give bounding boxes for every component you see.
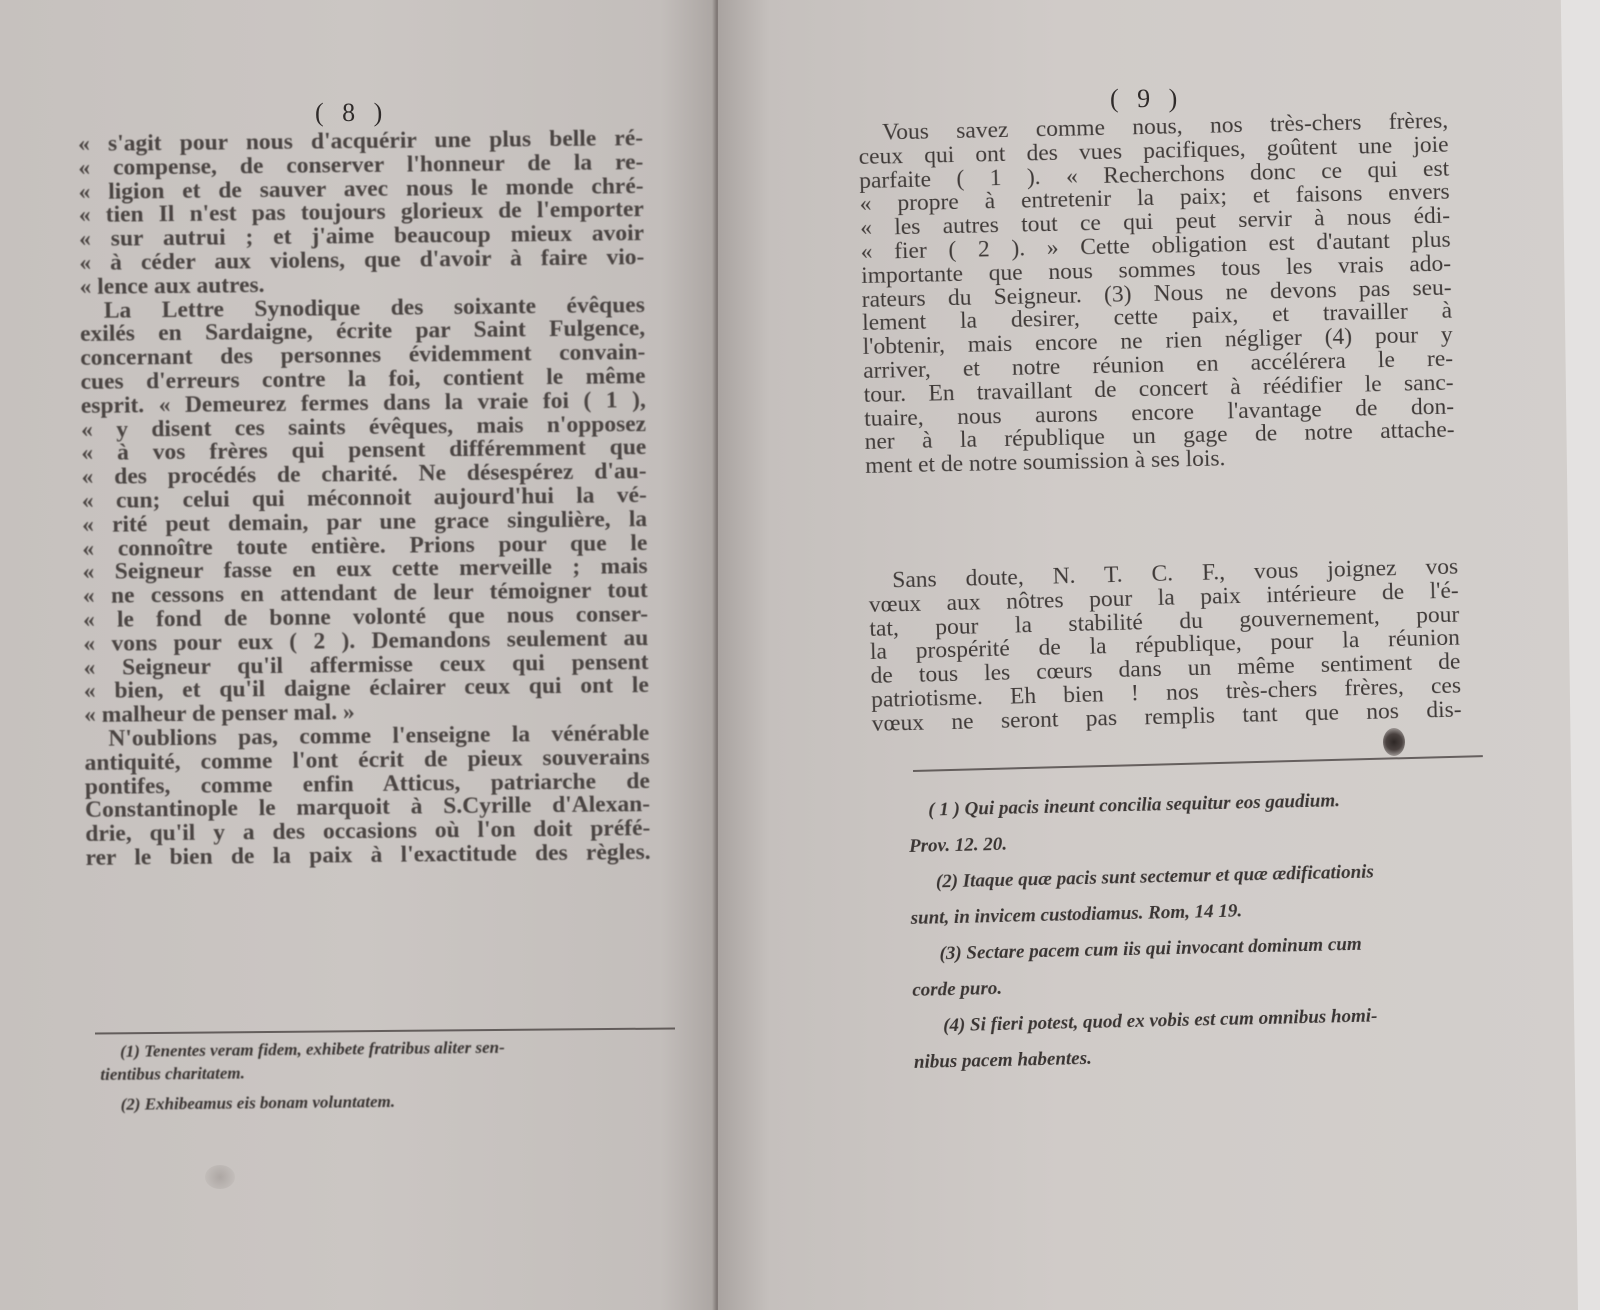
text-line: rer le bien de la paix à l'exactitude de…: [85, 841, 650, 871]
right-page: ( 9 ) Vous savez comme nous, nos très-ch…: [718, 0, 1578, 1310]
footnote-line: (2) Exhibeamus eis bonam voluntatem.: [101, 1091, 506, 1115]
right-body-paragraph-2: Sans doute, N. T. C. F., vous joignez vo…: [868, 556, 1462, 737]
footnote-line: (4) Si fieri potest, quod ex vobis est c…: [913, 1005, 1378, 1038]
footnote-line: sunt, in invicem custodiamus. Rom, 14 19…: [910, 897, 1375, 930]
footnote-divider: [913, 755, 1483, 772]
left-footnotes: (1) Tenentes veram fidem, exhibete fratr…: [100, 1038, 505, 1115]
footnote-line: (3) Sectare pacem cum iis qui invocant d…: [911, 933, 1376, 966]
page-number: ( 8 ): [315, 98, 388, 128]
right-body-paragraph-1: Vous savez comme nous, nos très-chers fr…: [858, 110, 1455, 479]
footnote-divider: [95, 1027, 675, 1034]
footnote-line: Prov. 12. 20.: [909, 825, 1374, 858]
footnote-line: nibus pacem habentes.: [914, 1041, 1379, 1074]
footnote-line: tientibus charitatem.: [100, 1061, 505, 1085]
right-footnotes: ( 1 ) Qui pacis ineunt concilia sequitur…: [908, 789, 1378, 1073]
left-page: ( 8 ) « s'agit pour nous d'acquérir une …: [0, 0, 718, 1310]
footnote-line: (1) Tenentes veram fidem, exhibete fratr…: [100, 1038, 505, 1062]
book-spread: ( 8 ) « s'agit pour nous d'acquérir une …: [0, 0, 1600, 1310]
paper-stain: [205, 1165, 235, 1189]
ink-blot: [1383, 728, 1405, 756]
left-body-text: « s'agit pour nous d'acquérir une plus b…: [78, 127, 651, 871]
footnote-line: (2) Itaque quæ pacis sunt sectemur et qu…: [910, 861, 1375, 894]
page-number: ( 9 ): [1110, 84, 1183, 114]
footnote-line: corde puro.: [912, 969, 1377, 1002]
footnote-line: ( 1 ) Qui pacis ineunt concilia sequitur…: [908, 789, 1373, 822]
